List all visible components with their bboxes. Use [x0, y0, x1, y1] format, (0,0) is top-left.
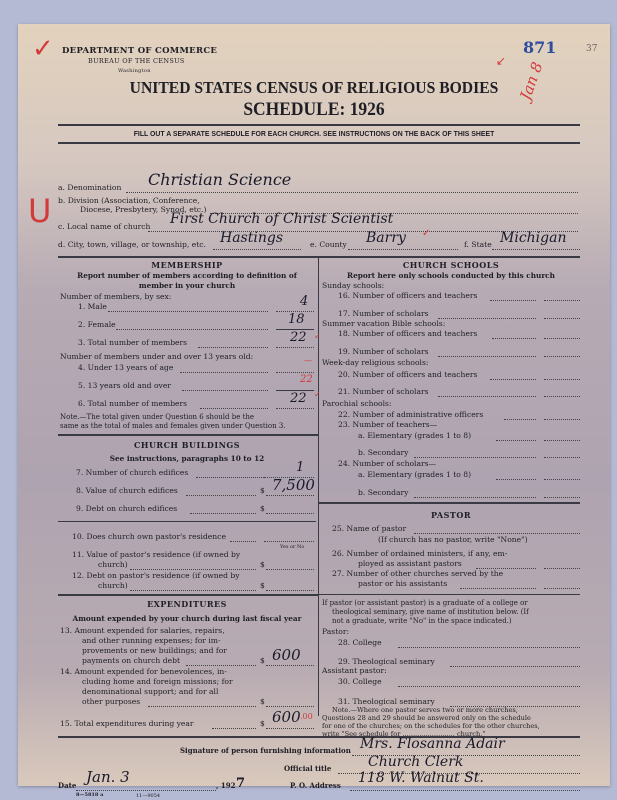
membership-subtitle-2: member in your church — [58, 281, 316, 290]
membership-title: MEMBERSHIP — [58, 260, 316, 270]
q10-hint: Yes or No — [280, 544, 304, 550]
q16-label: 16. Number of officers and teachers — [338, 291, 477, 300]
address-field[interactable]: 118 W. Walnut St. — [358, 770, 484, 786]
stamp-number: 871 — [523, 38, 556, 57]
expenditures-subtitle: Amount expended by your church during la… — [58, 614, 316, 623]
q18-label: 18. Number of officers and teachers — [338, 329, 477, 338]
q22-line — [504, 419, 536, 420]
q6-label: 6. Total number of members — [78, 399, 187, 408]
q3-check: ✓ — [314, 332, 321, 341]
pastor-subhead: Pastor: — [322, 627, 349, 636]
red-arrow-mark: ↙ — [496, 54, 506, 68]
red-u-mark: U — [28, 192, 51, 230]
q14-label: 14. Amount expended for benevolences, in… — [60, 667, 227, 676]
q12-answer-line — [266, 590, 314, 591]
q23a-line — [496, 440, 536, 441]
q15-answer-line — [266, 728, 314, 729]
red-check-mark: ✓ — [32, 34, 54, 64]
pencil-number: 37 — [586, 44, 597, 54]
q27-answer-line — [544, 588, 580, 589]
local-name-field[interactable]: First Church of Christ Scientist — [170, 211, 393, 227]
q21-line — [438, 396, 536, 397]
q30-line — [398, 686, 580, 687]
q14-label-4: other purposes — [82, 697, 140, 706]
denomination-field[interactable]: Christian Science — [148, 170, 291, 189]
q13-answer-line — [266, 665, 314, 666]
q12-label: 12. Debt on pastor's residence (if owned… — [72, 571, 240, 580]
q8-value-field[interactable]: 7,500 — [272, 476, 315, 494]
q14-label-3: denominational support; and for all — [82, 687, 218, 696]
q3-answer-line — [276, 347, 314, 348]
state-field[interactable]: Michigan — [500, 230, 566, 246]
q12-dollar: $ — [260, 581, 265, 590]
q3-label: 3. Total number of members — [78, 338, 187, 347]
form-title: UNITED STATES CENSUS OF RELIGIOUS BODIES — [42, 78, 587, 98]
header-rule — [58, 124, 580, 126]
state-line — [492, 249, 580, 250]
signature-field[interactable]: Mrs. Flosanna Adair — [360, 736, 505, 752]
q13-label-4: payments on church debt — [82, 656, 180, 665]
q6-line — [200, 408, 268, 409]
year-prefix: , 192 — [216, 781, 236, 790]
q6-total-field[interactable]: 22 — [290, 391, 307, 406]
q26-label: 26. Number of ordained ministers, if any… — [332, 549, 507, 558]
by-sex-label: Number of members, by sex: — [60, 292, 171, 301]
q19-label: 19. Number of scholars — [338, 347, 429, 356]
schools-subtitle: Report here only schools conducted by th… — [320, 271, 582, 280]
q27-label-2: pastor or his assistants — [358, 579, 447, 588]
q15-total-field[interactable]: 600 — [272, 708, 301, 726]
q13-label: 13. Amount expended for salaries, repair… — [60, 626, 225, 635]
q26-label-2: ployed as assistant pastors — [358, 559, 462, 568]
identity-rule — [58, 256, 580, 258]
q17-label: 17. Number of scholars — [338, 309, 429, 318]
schools-rule — [318, 502, 580, 504]
membership-subtitle: Report number of members according to de… — [58, 271, 316, 280]
q20-line — [490, 379, 536, 380]
address-label: P. O. Address — [290, 781, 341, 790]
date-field[interactable]: Jan. 3 — [86, 768, 130, 786]
q21-answer-line — [544, 396, 580, 397]
date-line — [76, 790, 216, 791]
q23b-label: b. Secondary — [358, 448, 408, 457]
q11-label: 11. Value of pastor's residence (if owne… — [72, 550, 240, 559]
q22-answer-line — [544, 419, 580, 420]
q24a-line — [496, 479, 536, 480]
q25-line — [414, 533, 580, 534]
buildings-title: CHURCH BUILDINGS — [58, 440, 316, 450]
q9-line — [190, 513, 256, 514]
q7-line — [196, 477, 266, 478]
graduate-instruction-3: not a graduate, write "No" in the space … — [332, 617, 512, 626]
pastor-note-3: for one of the churches; on the schedule… — [322, 722, 540, 730]
q23a-answer-line — [544, 440, 580, 441]
county-field[interactable]: Barry — [366, 230, 406, 246]
q21-label: 21. Number of scholars — [338, 387, 429, 396]
q24a-answer-line — [544, 479, 580, 480]
q29-label: 29. Theological seminary — [338, 657, 435, 666]
q11-answer-line — [266, 569, 314, 570]
q23-label: 23. Number of teachers— — [338, 420, 437, 429]
q8-label: 8. Value of church edifices — [76, 486, 178, 495]
q10-label: 10. Does church own pastor's residence — [72, 532, 226, 541]
state-label: f. State — [464, 240, 492, 249]
pastor-mid-rule — [318, 594, 580, 595]
q27-label: 27. Number of other churches served by t… — [332, 569, 503, 578]
pastor-note: Note.—Where one pastor serves two or mor… — [332, 706, 518, 714]
denomination-label: a. Denomination — [58, 183, 121, 192]
q23a-label: a. Elementary (grades 1 to 8) — [358, 431, 471, 440]
membership-rule — [58, 434, 318, 436]
q9-dollar: $ — [260, 504, 265, 513]
q9-label: 9. Debt on church edifices — [76, 504, 177, 513]
q19-line — [438, 356, 536, 357]
q8-answer-line — [266, 495, 314, 496]
q18-line — [492, 338, 536, 339]
q1-male-field[interactable]: 4 — [300, 294, 308, 309]
schools-title: CHURCH SCHOOLS — [320, 260, 582, 270]
instruction-banner: FILL OUT A SEPARATE SCHEDULE FOR EACH CH… — [42, 129, 587, 138]
q15-dollar: $ — [260, 719, 265, 728]
address-line — [350, 790, 580, 791]
year-field[interactable]: 7 — [236, 776, 245, 791]
denomination-line — [126, 192, 578, 193]
city-line — [213, 249, 301, 250]
q24b-answer-line — [544, 497, 580, 498]
q14-line — [148, 706, 256, 707]
division-label: b. Division (Association, Conference, — [58, 196, 200, 205]
q25-label: 25. Name of pastor — [332, 524, 406, 533]
parochial-label: Parochial schools: — [322, 399, 392, 408]
q13-line — [186, 665, 256, 666]
buildings-rule — [58, 594, 318, 596]
q2-line — [116, 329, 268, 330]
q17-line — [438, 318, 536, 319]
assistant-subhead: Assistant pastor: — [322, 666, 387, 675]
q30-label: 30. College — [338, 677, 382, 686]
q29-line — [450, 666, 580, 667]
county-label: e. County — [310, 240, 347, 249]
q7-edifices-field[interactable]: 1 — [296, 460, 304, 475]
q26-answer-line — [544, 568, 580, 569]
q4-line — [180, 372, 268, 373]
official-title-label: Official title — [284, 764, 331, 773]
q11-line — [130, 569, 256, 570]
q3-total-field[interactable]: 22 — [290, 330, 307, 345]
q13-label-3: provements or new buildings; and for — [82, 646, 227, 655]
q4-answer-line — [276, 372, 314, 373]
q31-label: 31. Theological seminary — [338, 697, 435, 706]
city-field[interactable]: Hastings — [220, 230, 283, 246]
pastor-note-2: Questions 28 and 29 should be answered o… — [322, 714, 531, 722]
q7-label: 7. Number of church edifices — [76, 468, 188, 477]
county-check: ✓ — [422, 228, 430, 239]
q11-label-2: church) — [98, 560, 128, 569]
instruction-rule — [58, 142, 580, 144]
q13-label-2: and other running expenses; for im- — [82, 636, 221, 645]
pastor-title: PASTOR — [320, 510, 582, 520]
date-label: Date — [58, 781, 76, 790]
q24b-line — [414, 497, 536, 498]
membership-note: Note.—The total given under Question 6 s… — [60, 413, 254, 422]
q5-over13-field[interactable]: 22 — [300, 374, 313, 385]
weekday-label: Week-day religious schools: — [322, 358, 428, 367]
q12-label-2: church) — [98, 581, 128, 590]
q3-line — [198, 347, 268, 348]
expenditures-title: EXPENDITURES — [58, 599, 316, 609]
q14-label-2: cluding home and foreign missions; for — [82, 677, 233, 686]
q25-hint: (If church has no pastor, write "None") — [378, 535, 528, 544]
q20-label: 20. Number of officers and teachers — [338, 370, 477, 379]
q23b-line — [414, 457, 536, 458]
city-label: Washington — [118, 68, 151, 74]
county-line — [348, 249, 458, 250]
q10-answer-line — [264, 541, 314, 542]
q15-line — [212, 728, 256, 729]
q8-line — [186, 495, 256, 496]
census-schedule-form: ✓ 871 37 Jan 8 ↙ U DEPARTMENT OF COMMERC… — [18, 24, 610, 786]
q23b-answer-line — [544, 457, 580, 458]
column-divider — [318, 256, 319, 716]
q24-label: 24. Number of scholars— — [338, 459, 436, 468]
q9-answer-line — [266, 513, 314, 514]
q5-line — [182, 390, 268, 391]
q24b-label: b. Secondary — [358, 488, 408, 497]
q14-dollar: $ — [260, 697, 265, 706]
q19-answer-line — [544, 356, 580, 357]
bureau-label: BUREAU OF THE CENSUS — [88, 57, 185, 65]
department-label: DEPARTMENT OF COMMERCE — [62, 46, 217, 56]
q15-label: 15. Total expenditures during year — [60, 719, 194, 728]
signature-label: Signature of person furnishing informati… — [180, 746, 351, 755]
graduate-instruction: If pastor (or assistant pastor) is a gra… — [322, 599, 528, 608]
q11-dollar: $ — [260, 560, 265, 569]
summer-label: Summer vacation Bible schools: — [322, 319, 445, 328]
q24a-label: a. Elementary (grades 1 to 8) — [358, 470, 471, 479]
q28-line — [398, 647, 580, 648]
q16-line — [490, 300, 536, 301]
official-title-field[interactable]: Church Clerk — [368, 754, 463, 770]
q22-label: 22. Number of administrative officers — [338, 410, 483, 419]
q13-amount-field[interactable]: 600 — [272, 646, 301, 664]
q28-label: 28. College — [338, 638, 382, 647]
q4-label: 4. Under 13 years of age — [78, 363, 173, 372]
q4-red-dash: — — [304, 356, 312, 365]
q6-answer-line — [276, 408, 314, 409]
q16-answer-line — [544, 300, 580, 301]
q5-label: 5. 13 years old and over — [78, 381, 171, 390]
sunday-label: Sunday schools: — [322, 281, 384, 290]
buildings-subtitle: See instructions, paragraphs 10 to 12 — [58, 454, 316, 463]
by-age-label: Number of members under and over 13 year… — [60, 352, 253, 361]
local-name-label: c. Local name of church — [58, 222, 150, 231]
city-label-field: d. City, town, village, or township, etc… — [58, 240, 206, 249]
q14-answer-line — [266, 706, 314, 707]
schedule-title: SCHEDULE: 1926 — [42, 99, 587, 121]
q6-check: ✓ — [314, 390, 321, 399]
q8-dollar: $ — [260, 486, 265, 495]
q12-line — [130, 590, 256, 591]
q1-line — [108, 311, 268, 312]
q18-answer-line — [544, 338, 580, 339]
q20-answer-line — [544, 379, 580, 380]
q1-label: 1. Male — [78, 302, 107, 311]
q2-female-field[interactable]: 18 — [288, 312, 305, 327]
graduate-instruction-2: theological seminary, give name of insti… — [332, 608, 529, 617]
form-code: 8—5818 a — [76, 792, 103, 798]
q10-line — [230, 541, 256, 542]
q2-label: 2. Female — [78, 320, 116, 329]
print-code: 11—9054 — [136, 793, 160, 799]
q15-red-cents: .00 — [300, 712, 313, 721]
q27-line — [460, 588, 536, 589]
buildings-mid-rule — [58, 521, 316, 522]
q17-answer-line — [544, 318, 580, 319]
q13-dollar: $ — [260, 656, 265, 665]
membership-note-2: same as the total of males and females g… — [60, 422, 286, 431]
